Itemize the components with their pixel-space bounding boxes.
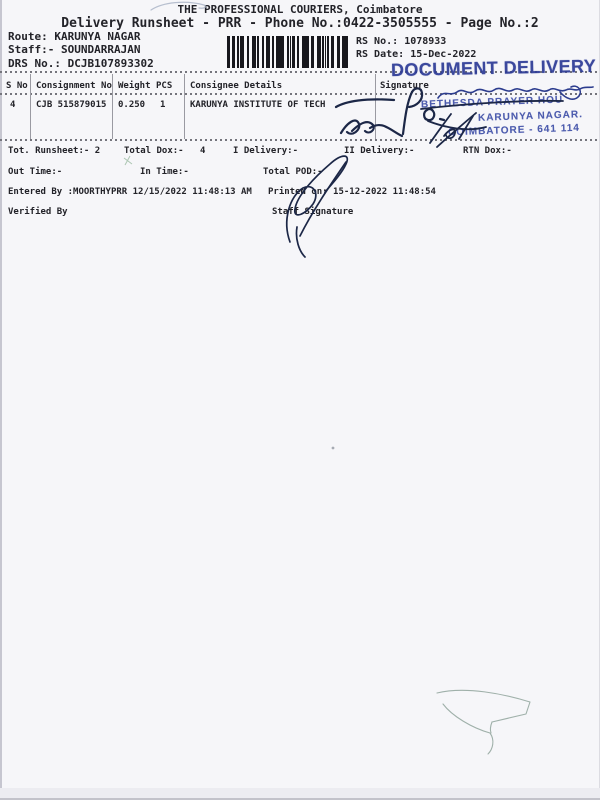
verified-by-text: Verified By bbox=[8, 208, 68, 218]
total-dox-value: 4 bbox=[200, 147, 205, 157]
scan-edge-left bbox=[0, 0, 2, 800]
tot-runsheet-field: Tot. Runsheet:- 2 bbox=[8, 147, 100, 157]
receiver-stamp-line3: COIMBATORE - 641 114 bbox=[448, 123, 580, 139]
col-header-consignee: Consignee Details bbox=[190, 82, 282, 92]
scan-specks bbox=[124, 156, 334, 449]
divider-table-head bbox=[0, 93, 600, 95]
rs-no-field: RS No.: 1078933 bbox=[356, 36, 446, 47]
total-pod-label: Total POD:- bbox=[263, 168, 323, 178]
cell-consignee: KARUNYA INSTITUTE OF TECH bbox=[190, 101, 325, 111]
delivery-runsheet-scan: THE PROFESSIONAL COURIERS, Coimbatore De… bbox=[0, 0, 600, 800]
staff-value: SOUNDARRAJAN bbox=[61, 43, 140, 56]
col-header-signature: Signature bbox=[380, 82, 429, 92]
col-header-weight: Weight bbox=[118, 82, 151, 92]
drs-field: DRS No.: DCJB107893302 bbox=[8, 58, 154, 70]
tot-runsheet-value: 2 bbox=[95, 146, 100, 156]
route-value: KARUNYA NAGAR bbox=[54, 30, 140, 43]
rs-no-label: RS No.: bbox=[356, 36, 398, 47]
company-title: THE PROFESSIONAL COURIERS, Coimbatore bbox=[0, 4, 600, 16]
rtn-dox-label: RTN Dox:- bbox=[463, 147, 512, 157]
tot-runsheet-label: Tot. Runsheet:- bbox=[8, 146, 89, 156]
rs-no-value: 1078933 bbox=[404, 36, 446, 47]
table-col-line-4 bbox=[375, 74, 376, 139]
drs-value: DCJB107893302 bbox=[68, 57, 154, 70]
staff-field: Staff:- SOUNDARRAJAN bbox=[8, 44, 140, 56]
printed-on-text: Printed on: 15-12-2022 11:48:54 bbox=[268, 188, 436, 198]
total-dox-label: Total Dox:- bbox=[124, 147, 184, 157]
table-col-line-2 bbox=[112, 74, 113, 139]
drs-label: DRS No.: bbox=[8, 57, 61, 70]
po-handwriting bbox=[336, 88, 444, 136]
scan-edge-bottom bbox=[0, 788, 600, 800]
faint-pen-squiggle bbox=[437, 690, 530, 754]
entered-by-text: Entered By :MOORTHYPRR 12/15/2022 11:48:… bbox=[8, 188, 252, 198]
divider-table-bottom bbox=[0, 139, 600, 141]
col-header-consignment: Consignment No bbox=[36, 82, 112, 92]
staff-label: Staff:- bbox=[8, 43, 54, 56]
col-header-pcs: PCS bbox=[156, 82, 172, 92]
route-field: Route: KARUNYA NAGAR bbox=[8, 31, 140, 43]
table-col-line-1 bbox=[30, 74, 31, 139]
col-header-sno: S No bbox=[6, 82, 28, 92]
cell-consignment: CJB 515879015 bbox=[36, 101, 106, 111]
cell-weight: 0.250 bbox=[118, 101, 145, 111]
route-label: Route: bbox=[8, 30, 48, 43]
i-delivery-label: I Delivery:- bbox=[233, 147, 298, 157]
barcode-icon bbox=[227, 36, 348, 68]
ii-delivery-label: II Delivery:- bbox=[344, 147, 414, 157]
staff-signature-label: Staff Signature bbox=[272, 208, 353, 218]
cell-sno: 4 bbox=[10, 101, 15, 111]
cell-pcs: 1 bbox=[160, 101, 165, 111]
table-col-line-3 bbox=[184, 74, 185, 139]
in-time-label: In Time:- bbox=[140, 168, 189, 178]
rs-date-label: RS Date: bbox=[356, 49, 404, 60]
out-time-label: Out Time:- bbox=[8, 168, 62, 178]
receiver-stamp-line1: BETHESDA PRAYER HOU bbox=[421, 95, 563, 111]
receiver-stamp-line2: KARUNYA NAGAR. bbox=[478, 109, 583, 124]
document-delivery-stamp: DOCUMENT DELIVERY bbox=[391, 56, 597, 81]
